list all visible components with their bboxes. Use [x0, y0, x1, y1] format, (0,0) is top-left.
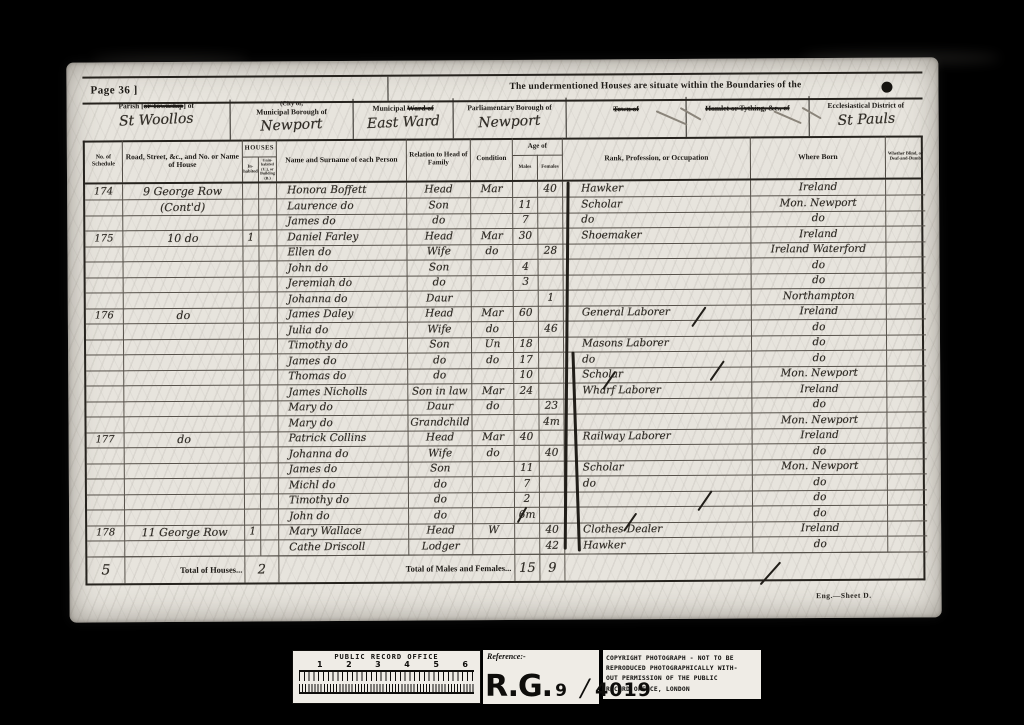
cell-inhabited [244, 292, 260, 308]
cell-address [124, 292, 244, 309]
cell-occupation [564, 413, 752, 430]
cell-condition: W [473, 523, 515, 539]
cell-male: 17 [514, 352, 539, 368]
cell-occupation [565, 490, 753, 507]
field-value: Newport [454, 111, 566, 132]
cell-schedule [86, 370, 124, 386]
cell-occupation: Clothes Dealer [565, 521, 753, 538]
cell-address: (Cont'd) [123, 199, 243, 216]
cell-name: Mary do [278, 400, 408, 417]
cell-female [540, 492, 565, 508]
cell-female [538, 228, 563, 244]
cell-female: 23 [539, 399, 564, 415]
cell-born: Ireland [751, 180, 886, 197]
cell-relation: Wife [407, 244, 471, 260]
cell-address [125, 540, 245, 557]
reference-number: R.G. 9 / 4019 [485, 669, 652, 704]
cell-inhabited [243, 245, 259, 261]
cell-address [125, 447, 245, 464]
cell-born: Mon. Newport [751, 195, 886, 212]
cell-condition [473, 476, 515, 492]
cell-condition: Mar [473, 430, 515, 446]
cell-occupation: do [563, 211, 751, 228]
cell-female [540, 507, 565, 523]
cell-relation: Head [409, 430, 473, 446]
cell-name: Mary Wallace [279, 524, 409, 541]
cell-relation: Wife [408, 322, 472, 338]
total-females-value: 9 [540, 555, 565, 581]
ink-blot [881, 82, 892, 93]
cell-relation: do [408, 353, 472, 369]
cell-name: Ellen do [277, 245, 407, 262]
cell-address: do [124, 308, 244, 325]
cell-inhabited [244, 354, 260, 370]
cell-female: 40 [540, 445, 565, 461]
cell-occupation [564, 320, 752, 337]
cell-uninhabited [261, 447, 279, 463]
cell-schedule [86, 401, 124, 417]
col-born: Where Born [751, 136, 886, 179]
cell-infirm [888, 427, 927, 443]
cell-inhabited [244, 276, 260, 292]
cell-inhabited [245, 462, 261, 478]
cell-uninhabited [260, 323, 278, 339]
cell-condition: Mar [472, 383, 514, 399]
field-value: St Woollos [82, 109, 230, 131]
ruler-number: 1 [317, 661, 323, 669]
cell-male: 40 [515, 430, 540, 446]
cell-uninhabited [261, 431, 279, 447]
cell-infirm [887, 412, 926, 428]
cell-uninhabited [260, 354, 278, 370]
cell-address [124, 416, 244, 433]
cell-name: Jeremiah do [278, 276, 408, 293]
cell-name: Honora Boffett [277, 183, 407, 200]
cell-born: Mon. Newport [753, 459, 888, 476]
cell-occupation [565, 506, 753, 523]
cell-name: Johanna do [279, 446, 409, 463]
cell-infirm [887, 257, 926, 273]
col-relation: Relation to Head of Family [407, 138, 471, 180]
cell-relation: Son [409, 461, 473, 477]
cell-relation: Son [408, 337, 472, 353]
cell-name: Timothy do [279, 493, 409, 510]
cell-female [540, 430, 565, 446]
cell-male [513, 182, 538, 198]
cell-inhabited [244, 385, 260, 401]
reference-piece: 9 [555, 681, 567, 701]
ruler-number: 4 [404, 661, 410, 669]
cell-address [124, 354, 244, 371]
cell-condition: do [473, 445, 515, 461]
cell-male: 2 [515, 492, 540, 508]
cell-born: Northampton [752, 288, 887, 305]
cell-name: Mary do [278, 415, 408, 432]
cell-schedule: 178 [87, 525, 125, 541]
cell-inhabited [243, 183, 259, 199]
ruler-number: 6 [462, 661, 468, 669]
cell-infirm [888, 536, 927, 552]
cell-schedule [86, 339, 124, 355]
cell-inhabited [243, 199, 259, 215]
cell-infirm [886, 179, 925, 195]
cell-relation: Son [407, 198, 471, 214]
cell-schedule [85, 246, 123, 262]
cell-female [540, 461, 565, 477]
cell-born: Ireland [752, 304, 887, 321]
cell-occupation: Scholar [564, 366, 752, 383]
cell-name: James Daley [278, 307, 408, 324]
cell-relation: Daur [408, 399, 472, 415]
cell-infirm [887, 334, 926, 350]
col-schedule: No. of Schedule [85, 140, 123, 182]
copyright-line: COPYRIGHT PHOTOGRAPH - NOT TO BE [606, 654, 758, 664]
field-municipal-ward: Municipal Ward of East Ward [353, 98, 454, 139]
cell-female [538, 213, 563, 229]
cell-female: 1 [539, 290, 564, 306]
cell-male [514, 399, 539, 415]
cell-infirm [888, 489, 927, 505]
cell-condition: do [472, 399, 514, 415]
slash-mark: / [578, 674, 592, 702]
cell-condition [473, 538, 515, 554]
cell-relation: Son in law [408, 384, 472, 400]
ruler-numbers: 1 2 3 4 5 6 [293, 661, 480, 669]
cell-condition [473, 507, 515, 523]
cell-relation: do [408, 368, 472, 384]
cell-uninhabited [260, 385, 278, 401]
cell-name: Cathe Driscoll [279, 539, 409, 556]
cell-infirm [887, 381, 926, 397]
cell-name: Johanna do [278, 291, 408, 308]
cell-uninhabited [260, 276, 278, 292]
cell-male: 7 [515, 476, 540, 492]
cell-schedule [87, 494, 125, 510]
cell-condition [472, 368, 514, 384]
cell-female [538, 197, 563, 213]
cell-occupation [563, 242, 751, 259]
table-body: 1749 George RowHonora BoffettHeadMar40Ha… [85, 179, 923, 556]
ruler-number: 3 [375, 661, 381, 669]
cell-occupation: Hawker [563, 180, 751, 197]
cell-uninhabited [261, 540, 279, 556]
cell-inhabited [244, 307, 260, 323]
cell-female [539, 275, 564, 291]
cell-male [513, 244, 538, 260]
cell-uninhabited [259, 230, 277, 246]
col-condition: Condition [471, 138, 513, 180]
cell-schedule: 174 [85, 184, 123, 200]
cell-infirm [888, 520, 927, 536]
cell-born: Ireland [751, 226, 886, 243]
cell-uninhabited [261, 509, 279, 525]
col-females: Females [538, 155, 563, 180]
cell-address [125, 478, 245, 495]
cell-occupation [564, 397, 752, 414]
cell-female [539, 383, 564, 399]
cell-born: do [753, 490, 888, 507]
cell-occupation: Scholar [565, 459, 753, 476]
cell-name: Timothy do [278, 338, 408, 355]
cell-address [123, 215, 243, 232]
totals-row: 5 Total of Houses... 2 Total of Males an… [87, 551, 923, 583]
cell-born: Ireland [752, 381, 887, 398]
cell-inhabited [245, 447, 261, 463]
cell-address [123, 246, 243, 263]
cell-schedule [87, 463, 125, 479]
cell-schedule [86, 386, 124, 402]
cell-male [514, 290, 539, 306]
cell-address: 9 George Row [123, 184, 243, 201]
cell-born: do [753, 474, 888, 491]
cell-name: Patrick Collins [279, 431, 409, 448]
cell-relation: Head [408, 306, 472, 322]
cell-male: 11 [513, 197, 538, 213]
cell-condition: Mar [471, 182, 513, 198]
cell-infirm [887, 396, 926, 412]
cell-schedule [86, 293, 124, 309]
cell-infirm [888, 474, 927, 490]
field-ecclesiastical-district: Ecclesiastical District of St Pauls [809, 95, 923, 136]
cell-condition: Mar [472, 306, 514, 322]
cell-uninhabited [260, 416, 278, 432]
cell-occupation [564, 258, 752, 275]
cell-schedule [86, 262, 124, 278]
cell-infirm [887, 319, 926, 335]
reference-item: 4019 [595, 679, 652, 701]
cell-name: John do [278, 260, 408, 277]
cell-address [125, 494, 245, 511]
cell-schedule [86, 355, 124, 371]
cell-relation: do [409, 492, 473, 508]
cell-condition [473, 461, 515, 477]
cell-male: 11 [515, 461, 540, 477]
cell-inhabited [245, 540, 261, 556]
cell-condition: Mar [471, 228, 513, 244]
cell-born: do [752, 335, 887, 352]
cell-female: 28 [538, 244, 563, 260]
cell-address [125, 463, 245, 480]
cell-condition [472, 414, 514, 430]
cell-male: 3 [514, 275, 539, 291]
cell-inhabited [244, 323, 260, 339]
cell-female [539, 352, 564, 368]
reference-box: Reference:- R.G. 9 / 4019 [483, 650, 599, 704]
cell-address [124, 370, 244, 387]
ruler-number: 2 [346, 661, 352, 669]
cell-uninhabited [260, 292, 278, 308]
cell-occupation: do [565, 475, 753, 492]
cell-male [514, 321, 539, 337]
cell-occupation [564, 289, 752, 306]
table-header: No. of Schedule Road, Street, &c., and N… [85, 135, 921, 184]
cell-occupation: Wharf Laborer [564, 382, 752, 399]
cell-address: do [125, 432, 245, 449]
field-label: Ecclesiastical District of [809, 97, 923, 110]
cell-schedule [85, 200, 123, 216]
total-males-value: 15 [515, 555, 540, 581]
cell-inhabited [245, 493, 261, 509]
cell-address: 10 do [123, 230, 243, 247]
cell-inhabited [244, 416, 260, 432]
cell-occupation: Hawker [565, 537, 753, 554]
field-value: East Ward [353, 112, 453, 132]
cell-uninhabited [261, 462, 279, 478]
cell-inhabited [243, 214, 259, 230]
cell-uninhabited [260, 400, 278, 416]
cell-condition: do [472, 321, 514, 337]
cell-uninhabited [261, 493, 279, 509]
field-municipal-borough: (City or, Municipal Borough of Newport [231, 99, 354, 140]
cell-female: 46 [539, 321, 564, 337]
total-males-females-label: Total of Males and Females... [279, 555, 515, 582]
reference-series: R.G. [485, 669, 552, 704]
cell-condition [472, 290, 514, 306]
cell-name: James do [279, 462, 409, 479]
cell-name: Julia do [278, 322, 408, 339]
cell-condition [472, 259, 514, 275]
cell-address: 11 George Row [125, 525, 245, 542]
totals-empty [565, 552, 927, 580]
cell-female: 40 [538, 182, 563, 198]
cell-name: James Nicholls [278, 384, 408, 401]
cell-relation: do [409, 508, 473, 524]
cell-schedule: 175 [85, 231, 123, 247]
cell-infirm [888, 443, 927, 459]
field-label: Town of [566, 99, 686, 114]
cell-uninhabited [260, 338, 278, 354]
page-number: Page 36 ] [82, 84, 137, 96]
cell-occupation: Scholar [563, 196, 751, 213]
cell-male: 10 [514, 368, 539, 384]
total-houses-label: Total of Houses... [125, 557, 245, 584]
col-age: Age of [513, 138, 563, 155]
reference-strip: PUBLIC RECORD OFFICE 1 2 3 4 5 6 Referen… [292, 650, 761, 704]
field-value: St Pauls [809, 109, 923, 130]
cell-uninhabited [259, 214, 277, 230]
cell-schedule: 176 [86, 308, 124, 324]
total-houses-value: 2 [245, 556, 279, 582]
cell-infirm [887, 365, 926, 381]
col-males: Males [513, 155, 538, 180]
cell-infirm [887, 272, 926, 288]
cell-infirm [887, 288, 926, 304]
cell-address [124, 323, 244, 340]
cell-schedule [87, 479, 125, 495]
cell-born: Ireland [753, 521, 888, 538]
ruler-ticks-inches [299, 670, 474, 681]
cell-inhabited [245, 431, 261, 447]
col-infirm: Whether Blind, or Deaf-and-Dumb [886, 135, 925, 177]
cell-name: Daniel Farley [277, 229, 407, 246]
cell-male [515, 523, 540, 539]
cell-male: 18 [514, 337, 539, 353]
cell-name: Laurence do [277, 198, 407, 215]
cell-infirm [887, 303, 926, 319]
cell-condition [471, 213, 513, 229]
cell-name: John do [279, 508, 409, 525]
cell-condition [471, 197, 513, 213]
cell-uninhabited [260, 307, 278, 323]
cell-male: 4 [514, 259, 539, 275]
pro-ruler: PUBLIC RECORD OFFICE 1 2 3 4 5 6 [292, 650, 481, 704]
cell-address [124, 261, 244, 278]
col-uninhabited: Unin-habited (U.), or Building (B.) [259, 156, 277, 181]
cell-inhabited [244, 338, 260, 354]
cell-condition: do [471, 244, 513, 260]
col-inhabited: In-habited [243, 156, 259, 181]
cell-female: 40 [540, 523, 565, 539]
cell-uninhabited [260, 369, 278, 385]
cell-male: 60 [514, 306, 539, 322]
cell-condition: Un [472, 337, 514, 353]
field-parish: Parish [or Township] of St Woollos [83, 100, 232, 141]
cell-uninhabited [259, 183, 277, 199]
cell-infirm [886, 241, 925, 257]
cell-relation: Lodger [409, 539, 473, 555]
col-name: Name and Surname of each Person [277, 139, 407, 182]
cell-born: do [752, 350, 887, 367]
cell-name: James do [277, 214, 407, 231]
ruler-number: 5 [433, 661, 439, 669]
cell-condition: do [472, 352, 514, 368]
cell-schedule: 177 [87, 432, 125, 448]
cell-inhabited: 1 [243, 230, 259, 246]
field-label: Hamlet or Tything, &c., of [687, 98, 809, 113]
col-road: Road, Street, &c., and No. or Name of Ho… [123, 140, 243, 183]
cell-relation: Daur [408, 291, 472, 307]
sheet-note: Eng.—Sheet D. [816, 591, 872, 600]
cell-male [515, 538, 540, 554]
cell-female [539, 337, 564, 353]
cell-born: Ireland Waterford [751, 242, 886, 259]
cell-occupation [564, 273, 752, 290]
cell-name: Michl do [279, 477, 409, 494]
cell-born: do [752, 273, 887, 290]
cell-inhabited [245, 509, 261, 525]
cell-uninhabited [259, 245, 277, 261]
cell-relation: Grandchild [408, 415, 472, 431]
cell-male: 7 [513, 213, 538, 229]
col-occupation: Rank, Profession, or Occupation [563, 136, 751, 179]
census-page: Page 36 ] The undermentioned Houses are … [66, 57, 941, 622]
cell-inhabited: 1 [245, 524, 261, 540]
cell-male [515, 445, 540, 461]
cell-born: do [752, 397, 887, 414]
cell-female [539, 368, 564, 384]
cell-born: do [753, 443, 888, 460]
cell-schedule [87, 448, 125, 464]
cell-occupation: Railway Laborer [565, 428, 753, 445]
cell-male [514, 414, 539, 430]
cell-uninhabited [261, 524, 279, 540]
cell-uninhabited [261, 478, 279, 494]
cell-born: Mon. Newport [752, 366, 887, 383]
cell-female [540, 476, 565, 492]
cell-female: 42 [540, 538, 565, 554]
cell-relation: Wife [409, 446, 473, 462]
cell-name: James do [278, 353, 408, 370]
cell-schedule [86, 277, 124, 293]
cell-born: do [753, 505, 888, 522]
cell-male: 30 [513, 228, 538, 244]
cell-infirm [886, 226, 925, 242]
cell-female [539, 259, 564, 275]
cell-schedule [85, 215, 123, 231]
cell-female [539, 306, 564, 322]
cell-relation: do [409, 477, 473, 493]
cell-infirm [888, 505, 927, 521]
